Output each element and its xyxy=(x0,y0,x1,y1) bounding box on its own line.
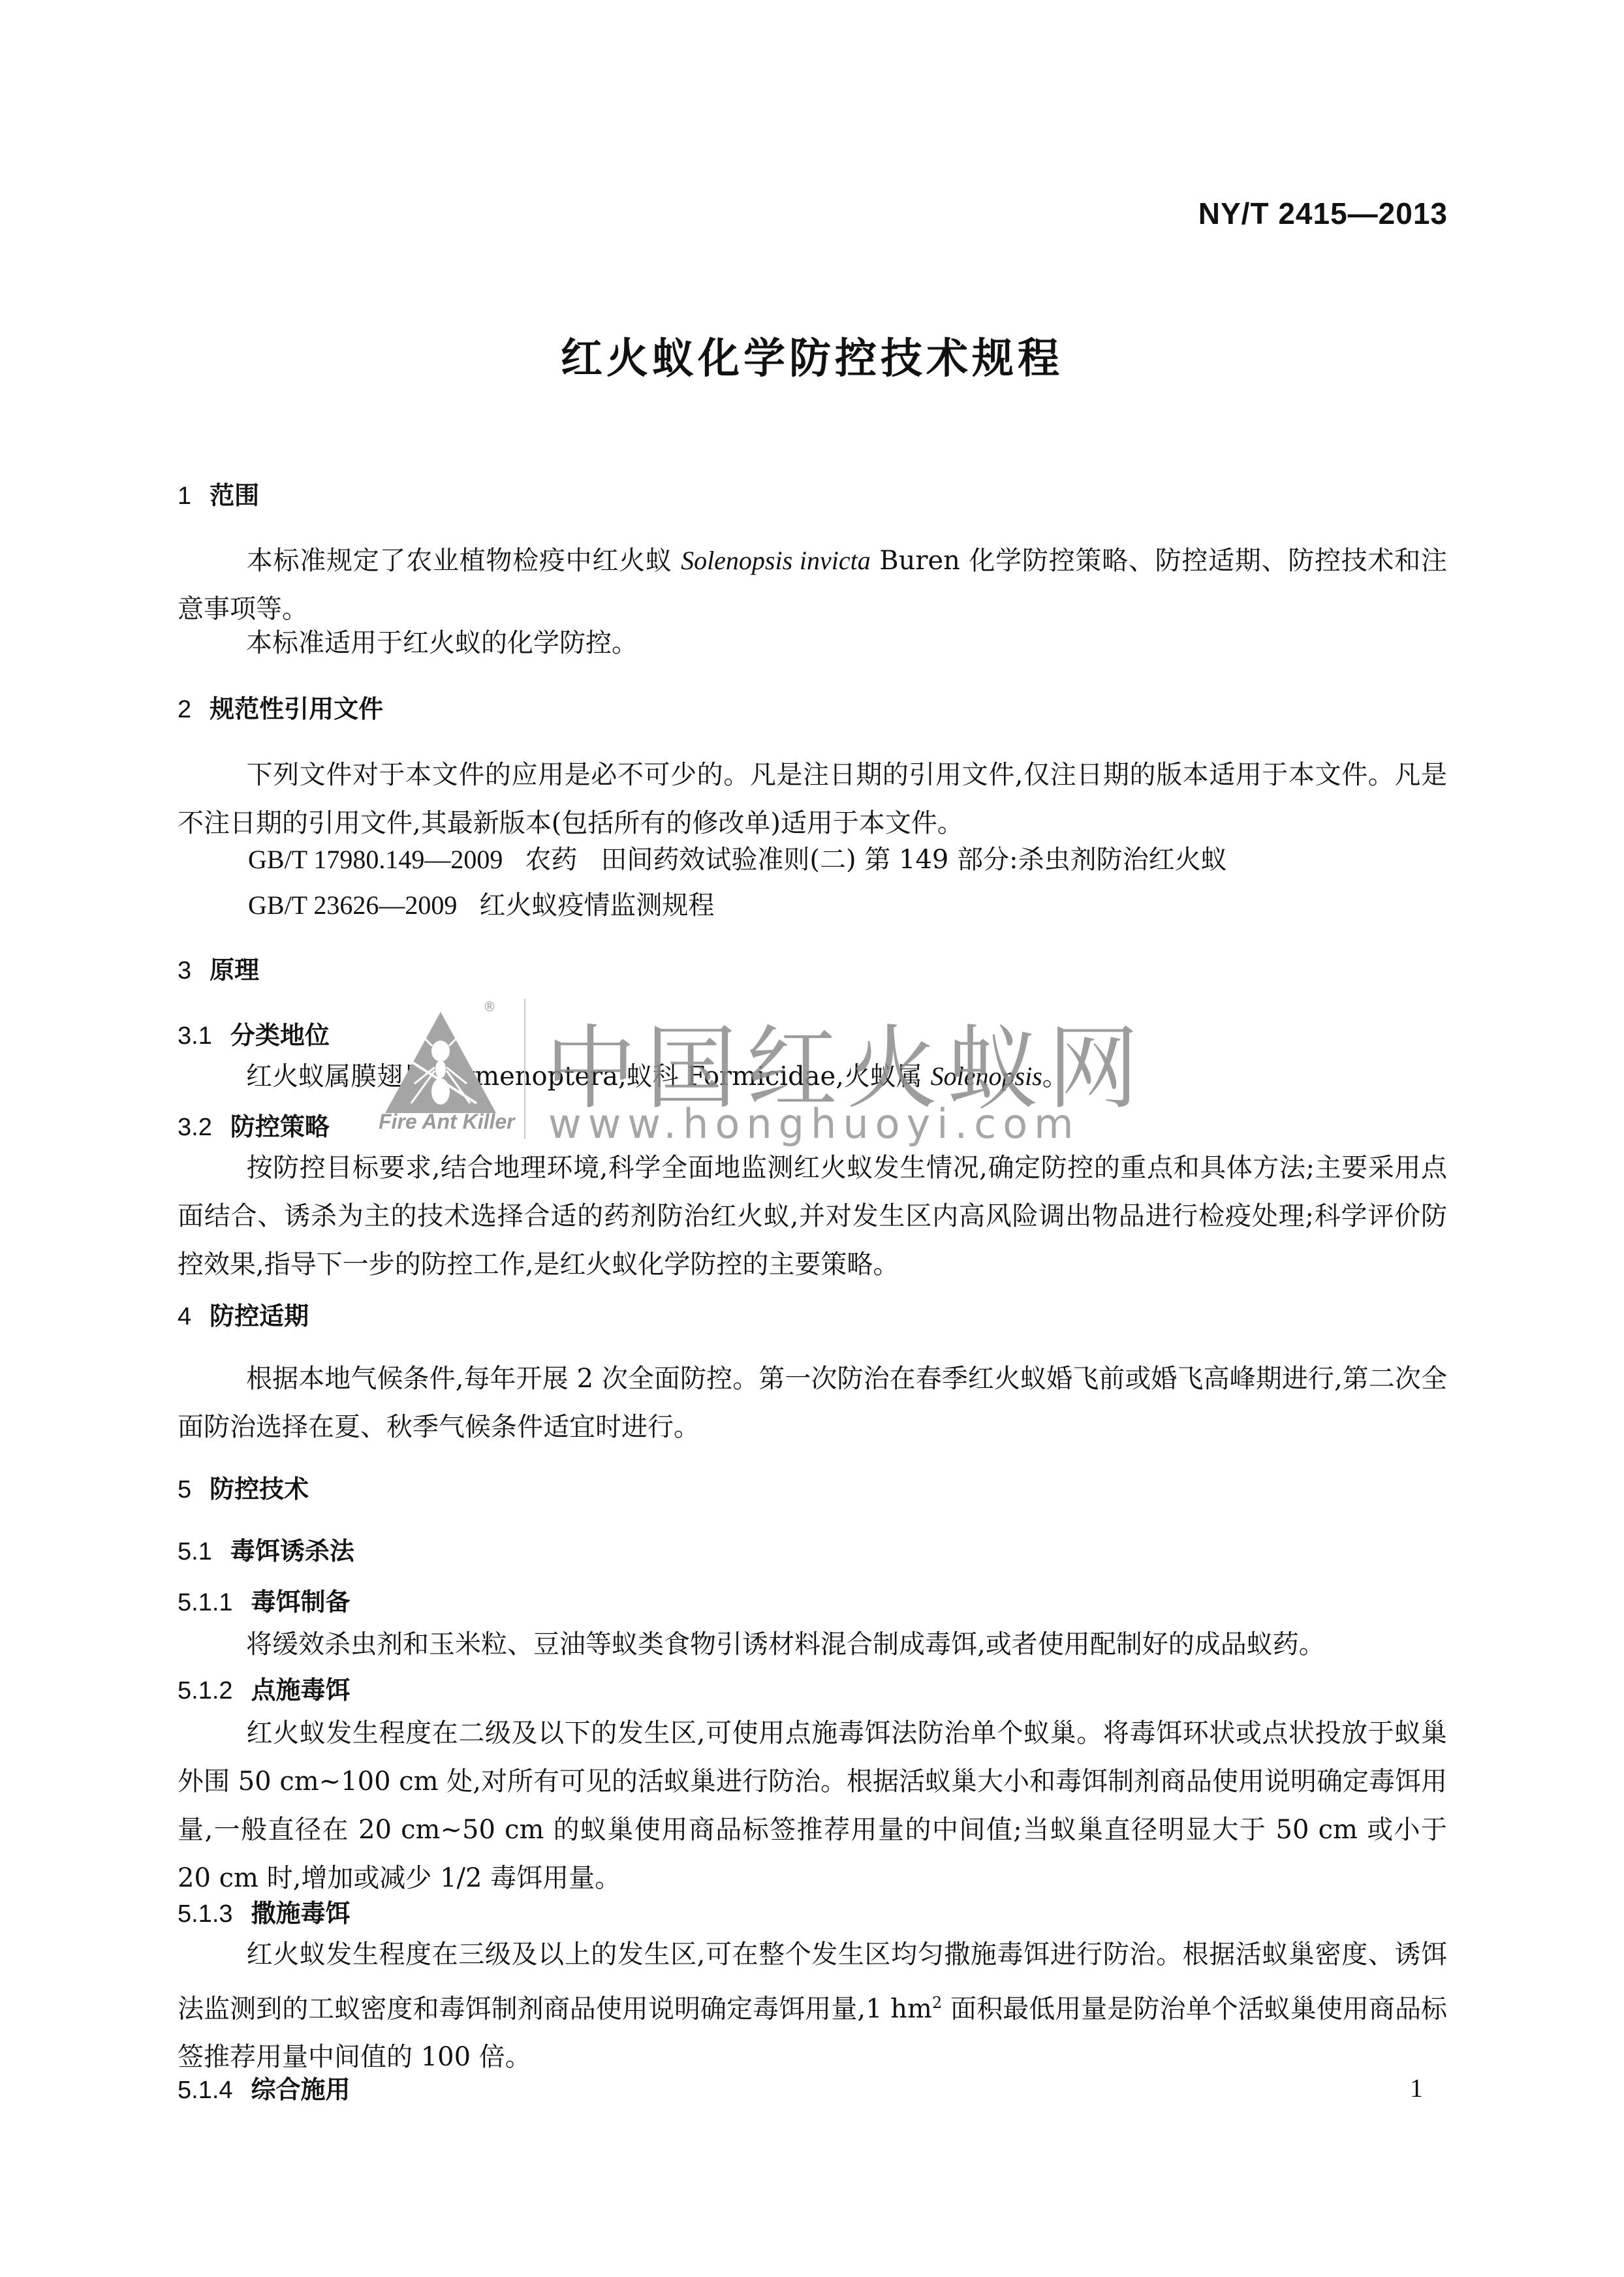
text: 按防控目标要求,结合地理环境,科学全面地监测红火蚁发生情况,确定防控的重点和具体… xyxy=(178,1153,1447,1280)
genus-name: Solenopsis xyxy=(931,1061,1042,1091)
section-5-1-3-heading: 5.1.3撒施毒饵 xyxy=(178,1893,351,1929)
superscript: 2 xyxy=(932,1994,942,2012)
section-number: 5.1.2 xyxy=(178,1677,233,1705)
section-3-1-heading: 3.1分类地位 xyxy=(178,1015,330,1051)
section-4-paragraph: 根据本地气候条件,每年开展 2 次全面防控。第一次防治在春季红火蚁婚飞前或婚飞高… xyxy=(178,1355,1447,1451)
text: 红火蚁发生程度在二级及以下的发生区,可使用点施毒饵法防治单个蚁巢。将毒饵环状或点… xyxy=(178,1718,1447,1893)
section-number: 5.1.4 xyxy=(178,2077,233,2105)
species-name: Solenopsis invicta xyxy=(681,546,871,575)
reference-title: 田间药效试验准则(二) 第 149 部分:杀虫剂防治红火蚁 xyxy=(601,845,1226,875)
text: 本标准规定了农业植物检疫中红火蚁 xyxy=(246,546,681,576)
watermark-url: www.honghuoyi.com xyxy=(548,1100,1080,1148)
section-title: 撒施毒饵 xyxy=(251,1899,351,1928)
reference-code: GB/T 23626—2009 xyxy=(248,890,457,920)
section-5-heading: 5防控技术 xyxy=(178,1469,309,1505)
reference-item: GB/T 17980.149—2009农药田间药效试验准则(二) 第 149 部… xyxy=(248,839,1227,876)
section-title: 范围 xyxy=(210,481,259,510)
section-5-1-3-paragraph: 红火蚁发生程度在三级及以上的发生区,可在整个发生区均匀撒施毒饵进行防治。根据活蚁… xyxy=(178,1930,1447,2081)
section-title: 规范性引用文件 xyxy=(210,695,383,723)
reference-title: 红火蚁疫情监测规程 xyxy=(479,890,714,920)
reference-code: GB/T 17980.149—2009 xyxy=(248,845,503,874)
text: 根据本地气候条件,每年开展 2 次全面防控。第一次防治在春季红火蚁婚飞前或婚飞高… xyxy=(178,1364,1447,1442)
reference-title: 农药 xyxy=(525,845,577,875)
text: 下列文件对于本文件的应用是必不可少的。凡是注日期的引用文件,仅注日期的版本适用于… xyxy=(178,760,1447,838)
reference-item: GB/T 23626—2009红火蚁疫情监测规程 xyxy=(248,885,714,922)
section-number: 1 xyxy=(178,482,191,510)
section-title: 防控适期 xyxy=(210,1302,309,1330)
section-title: 防控技术 xyxy=(210,1475,309,1503)
section-3-1-paragraph: 红火蚁属膜翅目 Hymenoptera,蚁科 Formicidae,火蚁属 So… xyxy=(178,1052,1447,1101)
section-title: 毒饵诱杀法 xyxy=(230,1537,354,1565)
text: 。 xyxy=(1042,1061,1069,1091)
section-number: 3 xyxy=(178,957,191,985)
section-3-heading: 3原理 xyxy=(178,950,259,986)
section-title: 点施毒饵 xyxy=(251,1676,351,1704)
section-3-2-heading: 3.2防控策略 xyxy=(178,1107,330,1142)
page-number: 1 xyxy=(1410,2073,1423,2103)
section-title: 原理 xyxy=(210,956,259,984)
section-number: 2 xyxy=(178,696,191,724)
section-3-2-paragraph: 按防控目标要求,结合地理环境,科学全面地监测红火蚁发生情况,确定防控的重点和具体… xyxy=(178,1144,1447,1289)
section-title: 分类地位 xyxy=(230,1021,330,1050)
text: 红火蚁属膜翅目 Hymenoptera,蚁科 Formicidae,火蚁属 xyxy=(246,1061,931,1091)
section-number: 3.1 xyxy=(178,1022,212,1050)
section-1-paragraph-2: 本标准适用于红火蚁的化学防控。 xyxy=(178,619,1447,667)
section-2-heading: 2规范性引用文件 xyxy=(178,689,383,725)
section-title: 综合施用 xyxy=(251,2075,351,2104)
section-1-heading: 1范围 xyxy=(178,475,259,511)
section-5-1-4-heading: 5.1.4综合施用 xyxy=(178,2069,351,2105)
section-number: 5.1.3 xyxy=(178,1900,233,1928)
standard-code: NY/T 2415—2013 xyxy=(1198,196,1448,231)
section-number: 5.1.1 xyxy=(178,1589,233,1617)
section-5-1-1-heading: 5.1.1毒饵制备 xyxy=(178,1582,351,1618)
section-title: 防控策略 xyxy=(230,1112,330,1141)
registered-mark: ® xyxy=(483,999,496,1014)
section-5-1-heading: 5.1毒饵诱杀法 xyxy=(178,1531,354,1567)
section-number: 5 xyxy=(178,1476,191,1504)
section-number: 4 xyxy=(178,1303,191,1331)
section-number: 3.2 xyxy=(178,1114,212,1142)
section-2-paragraph: 下列文件对于本文件的应用是必不可少的。凡是注日期的引用文件,仅注日期的版本适用于… xyxy=(178,751,1447,847)
section-title: 毒饵制备 xyxy=(251,1588,351,1616)
document-title: 红火蚁化学防控技术规程 xyxy=(0,325,1624,385)
section-5-1-1-paragraph: 将缓效杀虫剂和玉米粒、豆油等蚁类食物引诱材料混合制成毒饵,或者使用配制好的成品蚁… xyxy=(178,1620,1447,1669)
section-5-1-2-paragraph: 红火蚁发生程度在二级及以下的发生区,可使用点施毒饵法防治单个蚁巢。将毒饵环状或点… xyxy=(178,1709,1447,1902)
section-4-heading: 4防控适期 xyxy=(178,1296,309,1332)
text: 本标准适用于红火蚁的化学防控。 xyxy=(246,628,638,658)
watermark-brand: Fire Ant Killer xyxy=(379,1110,515,1134)
text: 将缓效杀虫剂和玉米粒、豆油等蚁类食物引诱材料混合制成毒饵,或者使用配制好的成品蚁… xyxy=(246,1629,1325,1659)
section-5-1-2-heading: 5.1.2点施毒饵 xyxy=(178,1670,351,1706)
section-number: 5.1 xyxy=(178,1538,212,1566)
